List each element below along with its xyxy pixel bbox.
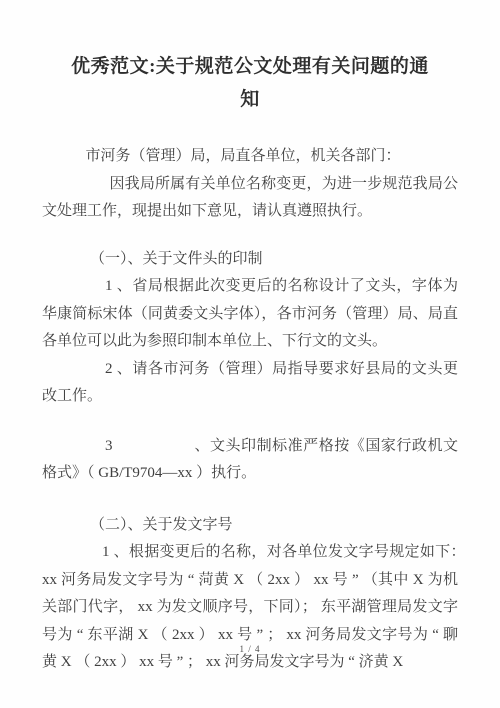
- section-1-paragraph-2: 2 、请各市河务（管理）局指导要求好县局的文头更改工作。: [42, 356, 458, 411]
- document-body: 市河务（管理）局，局直各单位，机关各部门： 因我局所属有关单位名称变更，为进一步…: [0, 143, 500, 677]
- section-2-paragraph-1: 1 、根据变更后的名称，对各单位发文字号规定如下： xx 河务局发文字号为 “ …: [42, 539, 458, 677]
- section-1-heading: （一）、关于文件头的印制: [42, 246, 458, 274]
- document-title: 优秀范文:关于规范公文处理有关问题的通知: [68, 50, 432, 116]
- section-1-paragraph-1: 1 、省局根据此次变更后的名称设计了文头，字体为华康简标宋体（同黄委文头字体），…: [42, 273, 458, 356]
- section-2-heading: （二）、关于发文字号: [42, 512, 458, 540]
- intro-paragraph: 因我局所属有关单位名称变更，为进一步规范我局公文处理工作，现提出如下意见，请认真…: [42, 171, 458, 226]
- section-1-paragraph-3: 3 、文头印制标准严格按《国家行政机文格式》（ GB/T9704—xx ）执行。: [42, 433, 458, 488]
- document-page: 优秀范文:关于规范公文处理有关问题的通知 市河务（管理）局，局直各单位，机关各部…: [0, 0, 500, 708]
- page-number-indicator: 1 / 4: [0, 644, 500, 654]
- salutation-line: 市河务（管理）局，局直各单位，机关各部门：: [42, 143, 458, 171]
